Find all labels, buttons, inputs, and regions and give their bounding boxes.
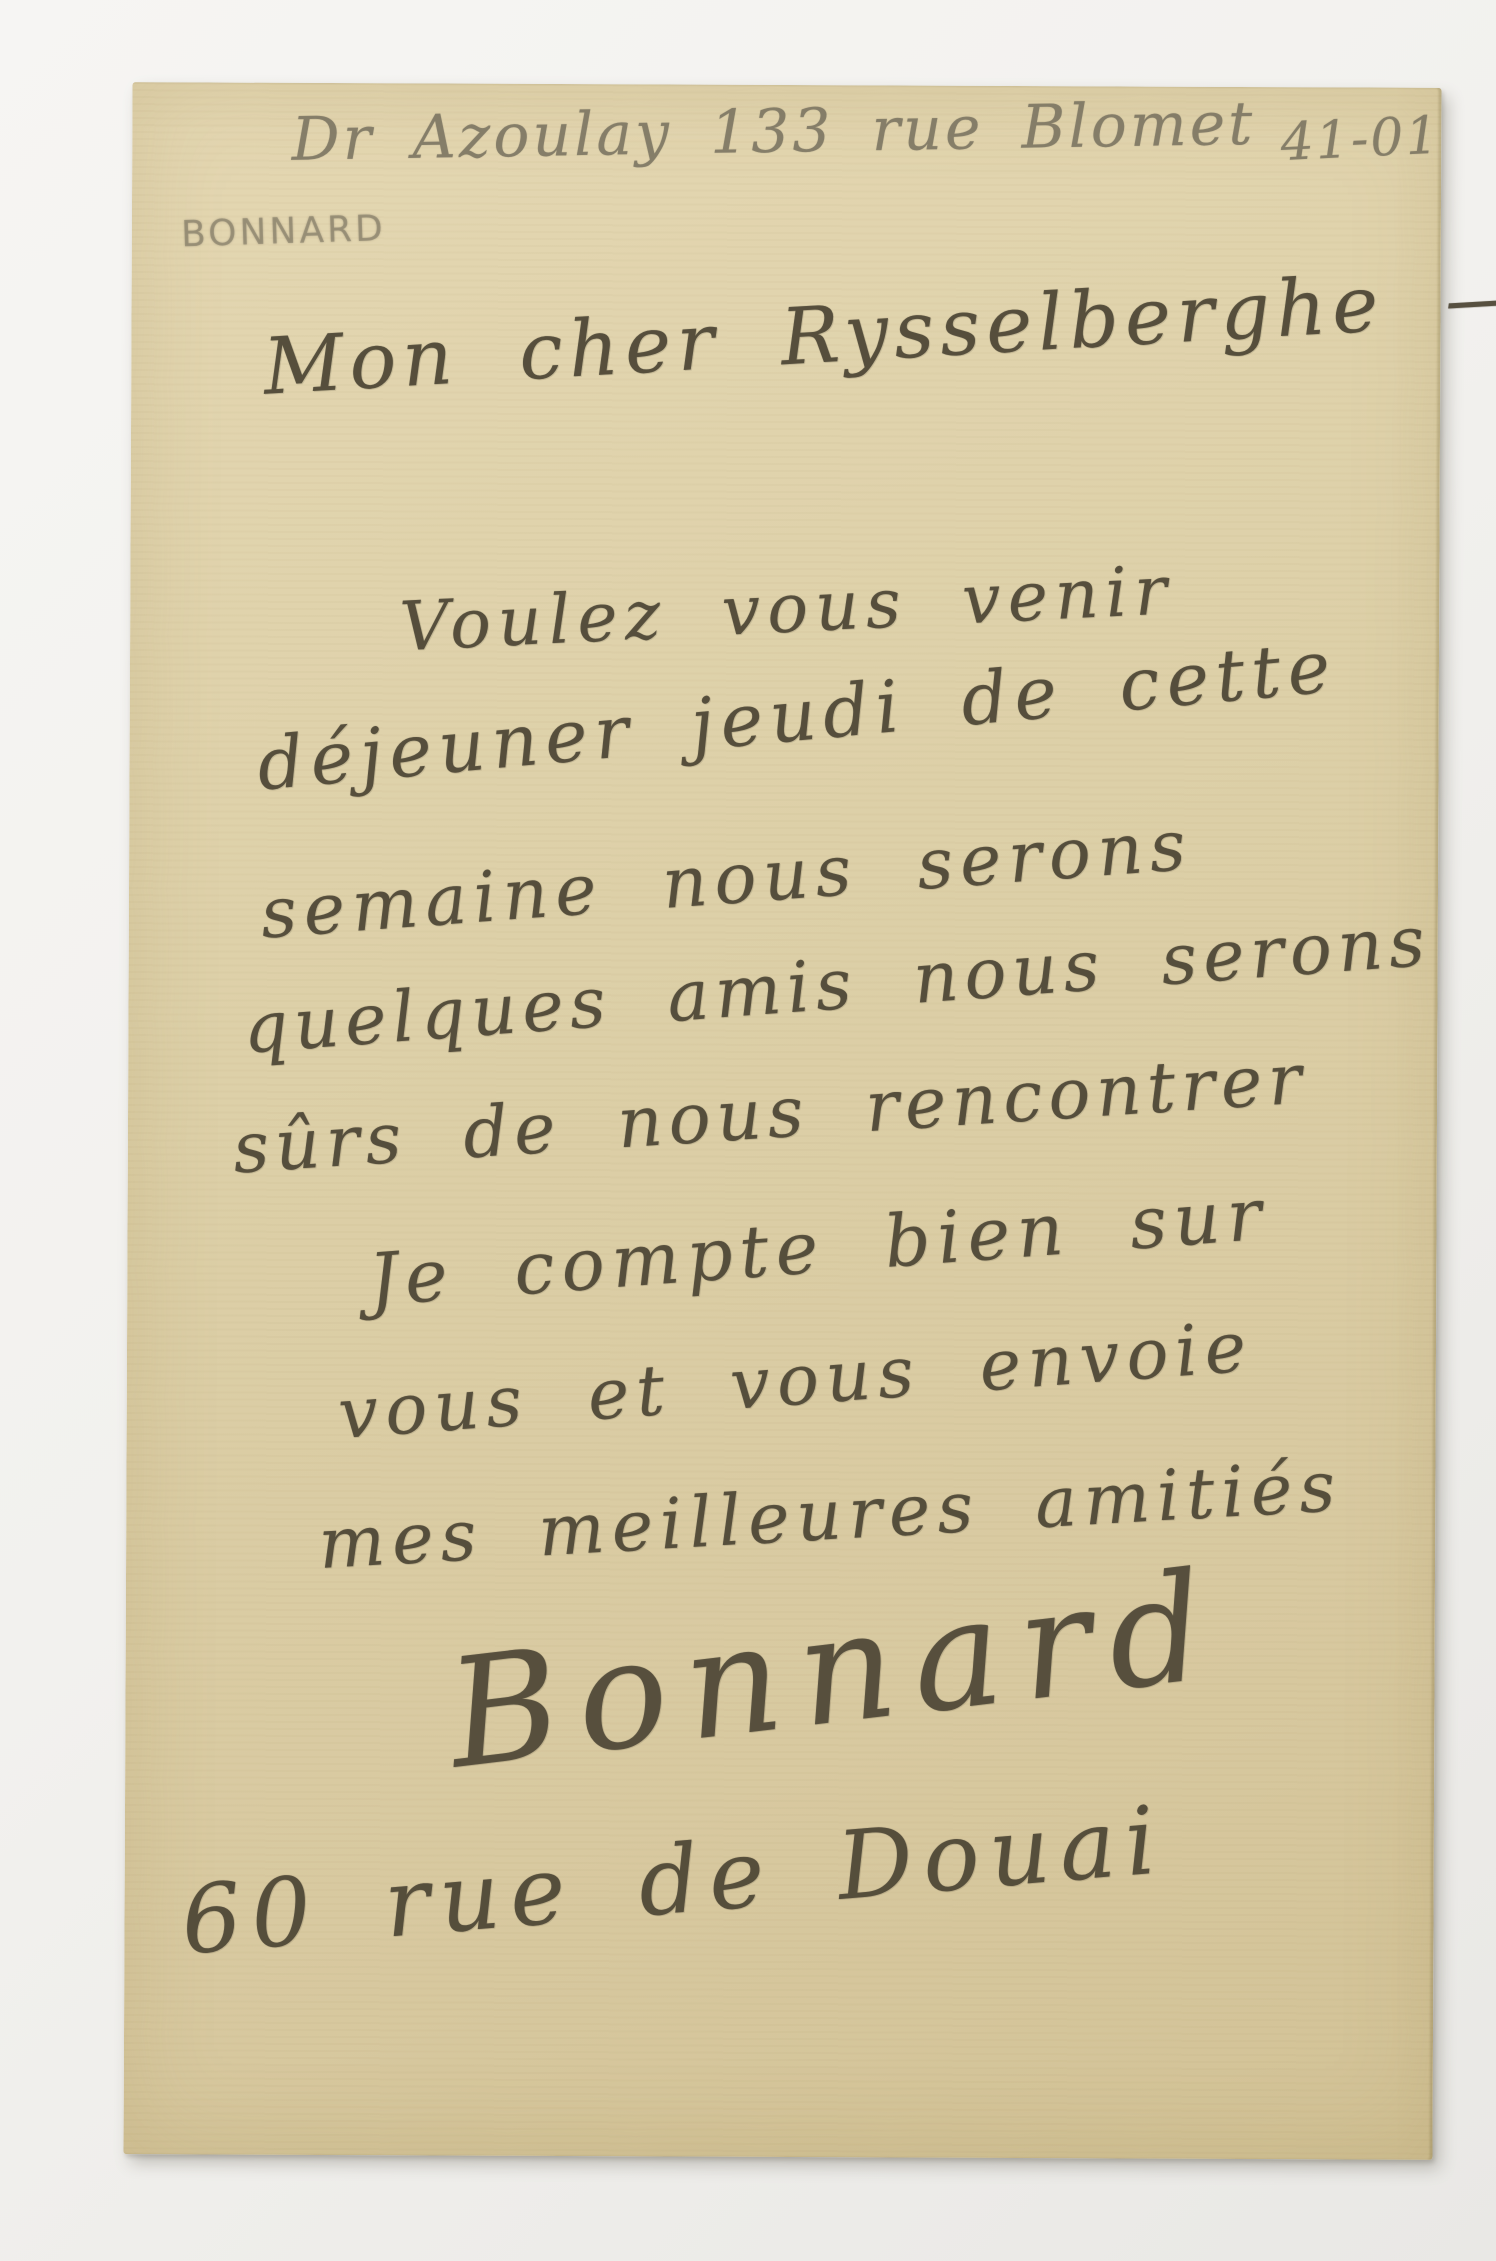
letter-salutation: Mon cher Rysselberghe — — [261, 251, 1496, 413]
letter-body-line: sûrs de nous rencontrer — [230, 1037, 1310, 1189]
letter-paper: Dr Azoulay 133 rue Blomet 41-01 BONNARD … — [123, 82, 1441, 2160]
letter-sender-address: 60 rue de Douai — [177, 1786, 1169, 1976]
pencil-annotation-catalog-number: 41-01 — [1279, 106, 1442, 174]
scan-page: { "annotations": { "dealer_note": "Dr Az… — [0, 0, 1496, 2261]
letter-body-line: vous et vous envoie — [335, 1305, 1255, 1455]
letter-body-line: Je compte bien sur — [366, 1172, 1271, 1323]
letter-signature: Bonnard — [440, 1538, 1232, 1802]
pencil-annotation-recipient-address: Dr Azoulay 133 rue Blomet — [291, 89, 1256, 175]
pencil-annotation-artist-name: BONNARD — [181, 208, 387, 255]
